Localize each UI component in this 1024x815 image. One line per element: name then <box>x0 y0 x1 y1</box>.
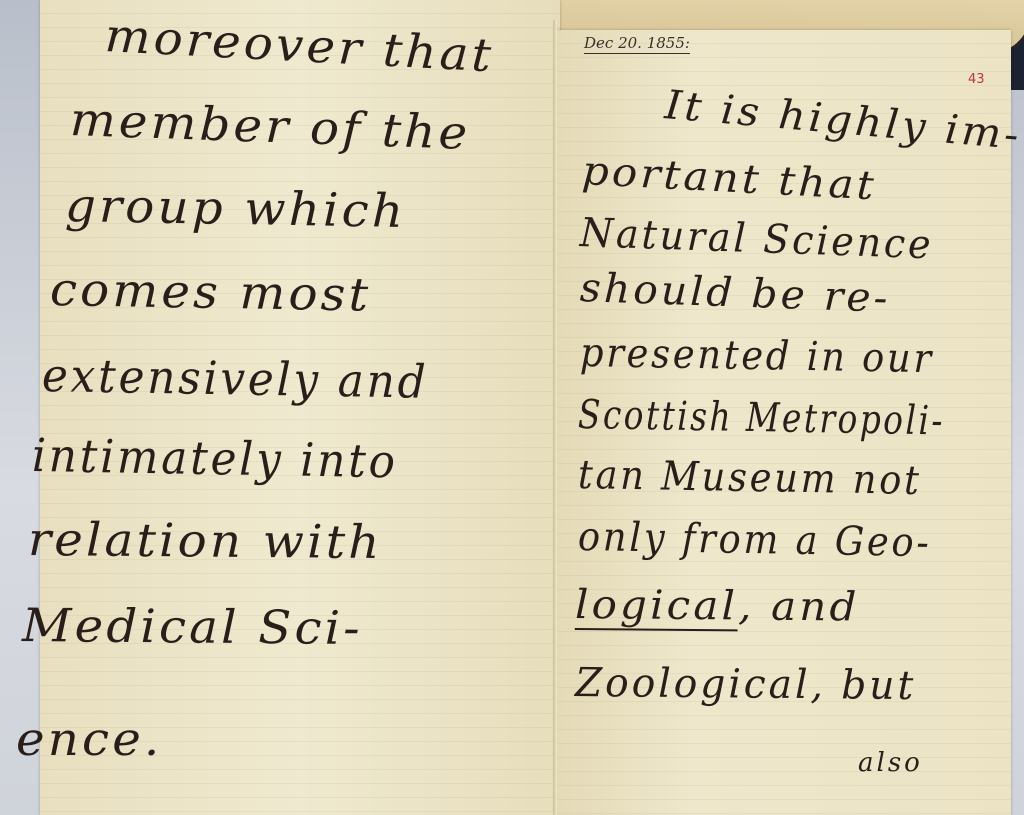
folio-number: 43 <box>968 72 985 87</box>
right-line-9: logical, and <box>575 582 860 630</box>
left-line-7: relation with <box>28 512 383 569</box>
page-fold <box>553 20 557 815</box>
letter-date: Dec 20. 1855: <box>584 34 690 54</box>
right-line-8: only from a Geo- <box>578 514 932 566</box>
left-line-8: Medical Sci- <box>22 598 363 655</box>
left-line-6: intimately into <box>32 428 399 488</box>
right-line-10: Zoological, but <box>575 660 917 709</box>
right-line-6: Scottish Metropoli- <box>578 392 946 444</box>
right-line-5: presented in our <box>580 330 935 382</box>
catchword: also <box>858 748 923 778</box>
left-line-5: extensively and <box>42 348 429 409</box>
underlined-word-logical: logical <box>575 582 739 631</box>
left-line-4: comes most <box>50 262 372 322</box>
right-line-9-rest: , and <box>738 583 860 630</box>
left-line-9: ence. <box>16 712 162 766</box>
right-line-7: tan Museum not <box>578 452 922 504</box>
left-line-3: group which <box>65 178 407 238</box>
